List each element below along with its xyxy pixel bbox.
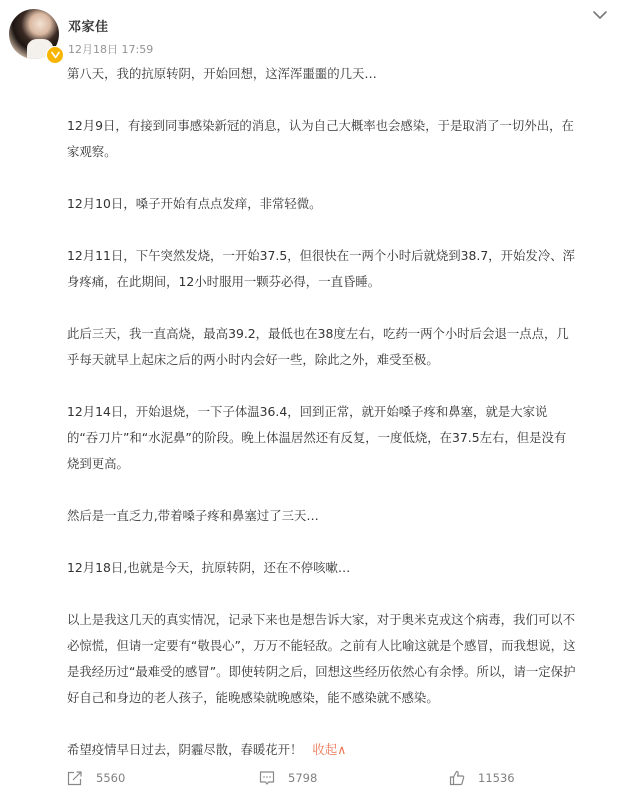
like-button[interactable]: 11536 bbox=[449, 770, 515, 786]
post-paragraph: 12月10日，嗓子开始有点点发痒，非常轻微。 bbox=[67, 191, 577, 217]
comment-icon bbox=[259, 770, 275, 786]
post-paragraph: 以上是我这几天的真实情况，记录下来也是想告诉大家，对于奥米克戎这个病毒，我们可以… bbox=[67, 607, 577, 711]
post-paragraph-text: 希望疫情早日过去，阴霾尽散，春暖花开！ bbox=[67, 742, 302, 757]
comment-button[interactable]: 5798 bbox=[259, 770, 317, 786]
author-name[interactable]: 邓家佳 bbox=[68, 16, 109, 35]
post-paragraph-final: 希望疫情早日过去，阴霾尽散，春暖花开！收起∧ bbox=[67, 737, 577, 763]
post-paragraph: 12月11日，下午突然发烧，一开始37.5，但很快在一两个小时后就烧到38.7，… bbox=[67, 243, 577, 295]
repost-icon bbox=[67, 770, 83, 786]
post-timestamp[interactable]: 12月18日 17:59 bbox=[68, 41, 153, 57]
collapse-link[interactable]: 收起∧ bbox=[312, 742, 346, 757]
post-paragraph: 12月18日,也就是今天，抗原转阴，还在不停咳嗽… bbox=[67, 555, 577, 581]
repost-count: 5560 bbox=[96, 771, 125, 785]
post-paragraph: 此后三天，我一直高烧，最高39.2，最低也在38度左右，吃药一两个小时后会退一点… bbox=[67, 321, 577, 373]
post-paragraph: 然后是一直乏力,带着嗓子疼和鼻塞过了三天… bbox=[67, 503, 577, 529]
post-paragraph: 第八天，我的抗原转阴，开始回想，这浑浑噩噩的几天… bbox=[67, 61, 577, 87]
chevron-down-icon[interactable] bbox=[592, 6, 608, 18]
like-count: 11536 bbox=[478, 771, 515, 785]
verified-badge-icon bbox=[46, 46, 64, 64]
post-content: 第八天，我的抗原转阴，开始回想，这浑浑噩噩的几天… 12月9日，有接到同事感染新… bbox=[67, 61, 577, 763]
post-paragraph: 12月14日，开始退烧，一下子体温36.4，回到正常，就开始嗓子疼和鼻塞，就是大… bbox=[67, 399, 577, 477]
comment-count: 5798 bbox=[288, 771, 317, 785]
post-paragraph: 12月9日，有接到同事感染新冠的消息，认为自己大概率也会感染，于是取消了一切外出… bbox=[67, 113, 577, 165]
repost-button[interactable]: 5560 bbox=[67, 770, 125, 786]
avatar[interactable] bbox=[9, 9, 59, 59]
thumbs-up-icon bbox=[449, 770, 465, 786]
action-bar: 5560 5798 11536 bbox=[0, 770, 628, 800]
